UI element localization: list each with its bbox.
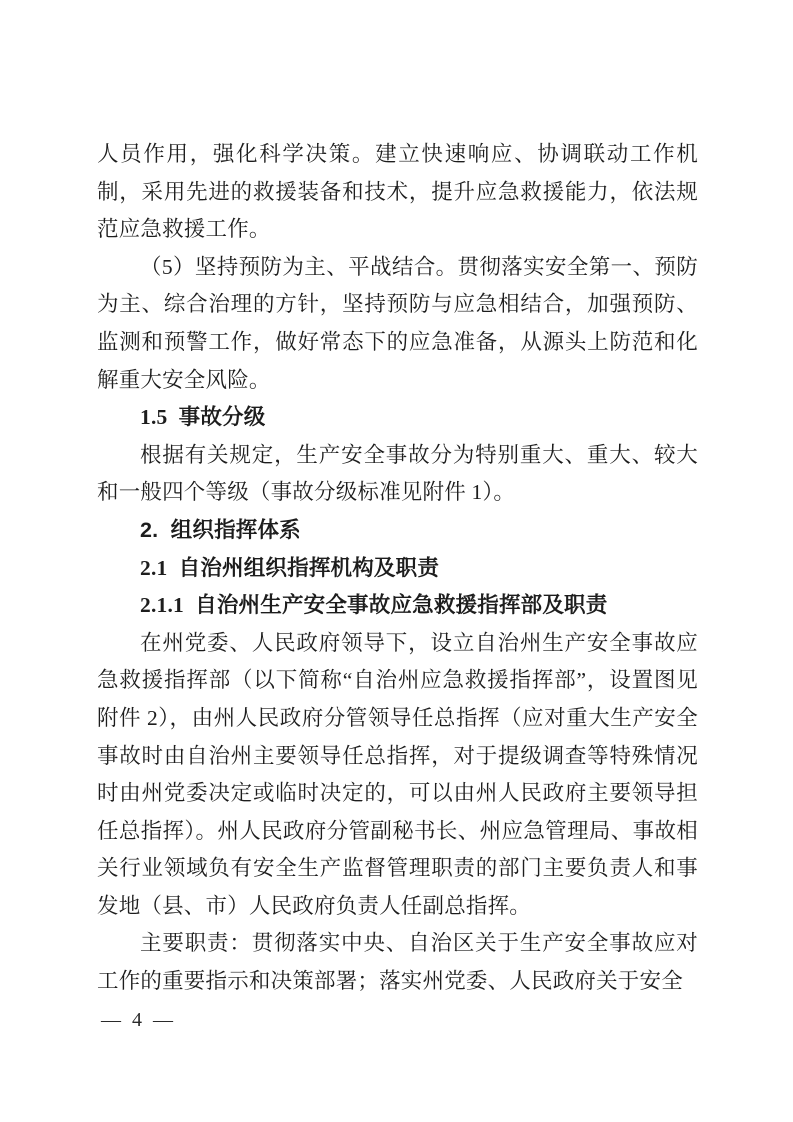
paragraph-accident-grades: 根据有关规定，生产安全事故分为特别重大、重大、较大和一般四个等级（事故分级标准见… xyxy=(97,437,698,512)
paragraph-item-5-prevention-first: （5）坚持预防为主、平战结合。贯彻落实安全第一、预防为主、综合治理的方针，坚持预… xyxy=(97,249,698,399)
paragraph-headquarters-setup: 在州党委、人民政府领导下，设立自治州生产安全事故应急救援指挥部（以下简称“自治州… xyxy=(97,625,698,926)
heading-1-5-accident-classification: 1.5 事故分级 xyxy=(97,399,698,437)
paragraph-continuation-rescue-mechanism: 人员作用，强化科学决策。建立快速响应、协调联动工作机制，采用先进的救援装备和技术… xyxy=(97,136,698,249)
heading-2-1-prefecture-command-organization: 2.1 自治州组织指挥机构及职责 xyxy=(97,550,698,588)
document-body: 人员作用，强化科学决策。建立快速响应、协调联动工作机制，采用先进的救援装备和技术… xyxy=(97,136,698,1001)
heading-2-command-system: 2. 组织指挥体系 xyxy=(97,512,698,550)
heading-2-1-1-rescue-headquarters-duties: 2.1.1 自治州生产安全事故应急救援指挥部及职责 xyxy=(97,587,698,625)
document-page: 人员作用，强化科学决策。建立快速响应、协调联动工作机制，采用先进的救援装备和技术… xyxy=(0,0,793,1122)
page-number: — 4 — xyxy=(101,1005,176,1035)
paragraph-main-duties: 主要职责：贯彻落实中央、自治区关于生产安全事故应对工作的重要指示和决策部署；落实… xyxy=(97,925,698,1000)
